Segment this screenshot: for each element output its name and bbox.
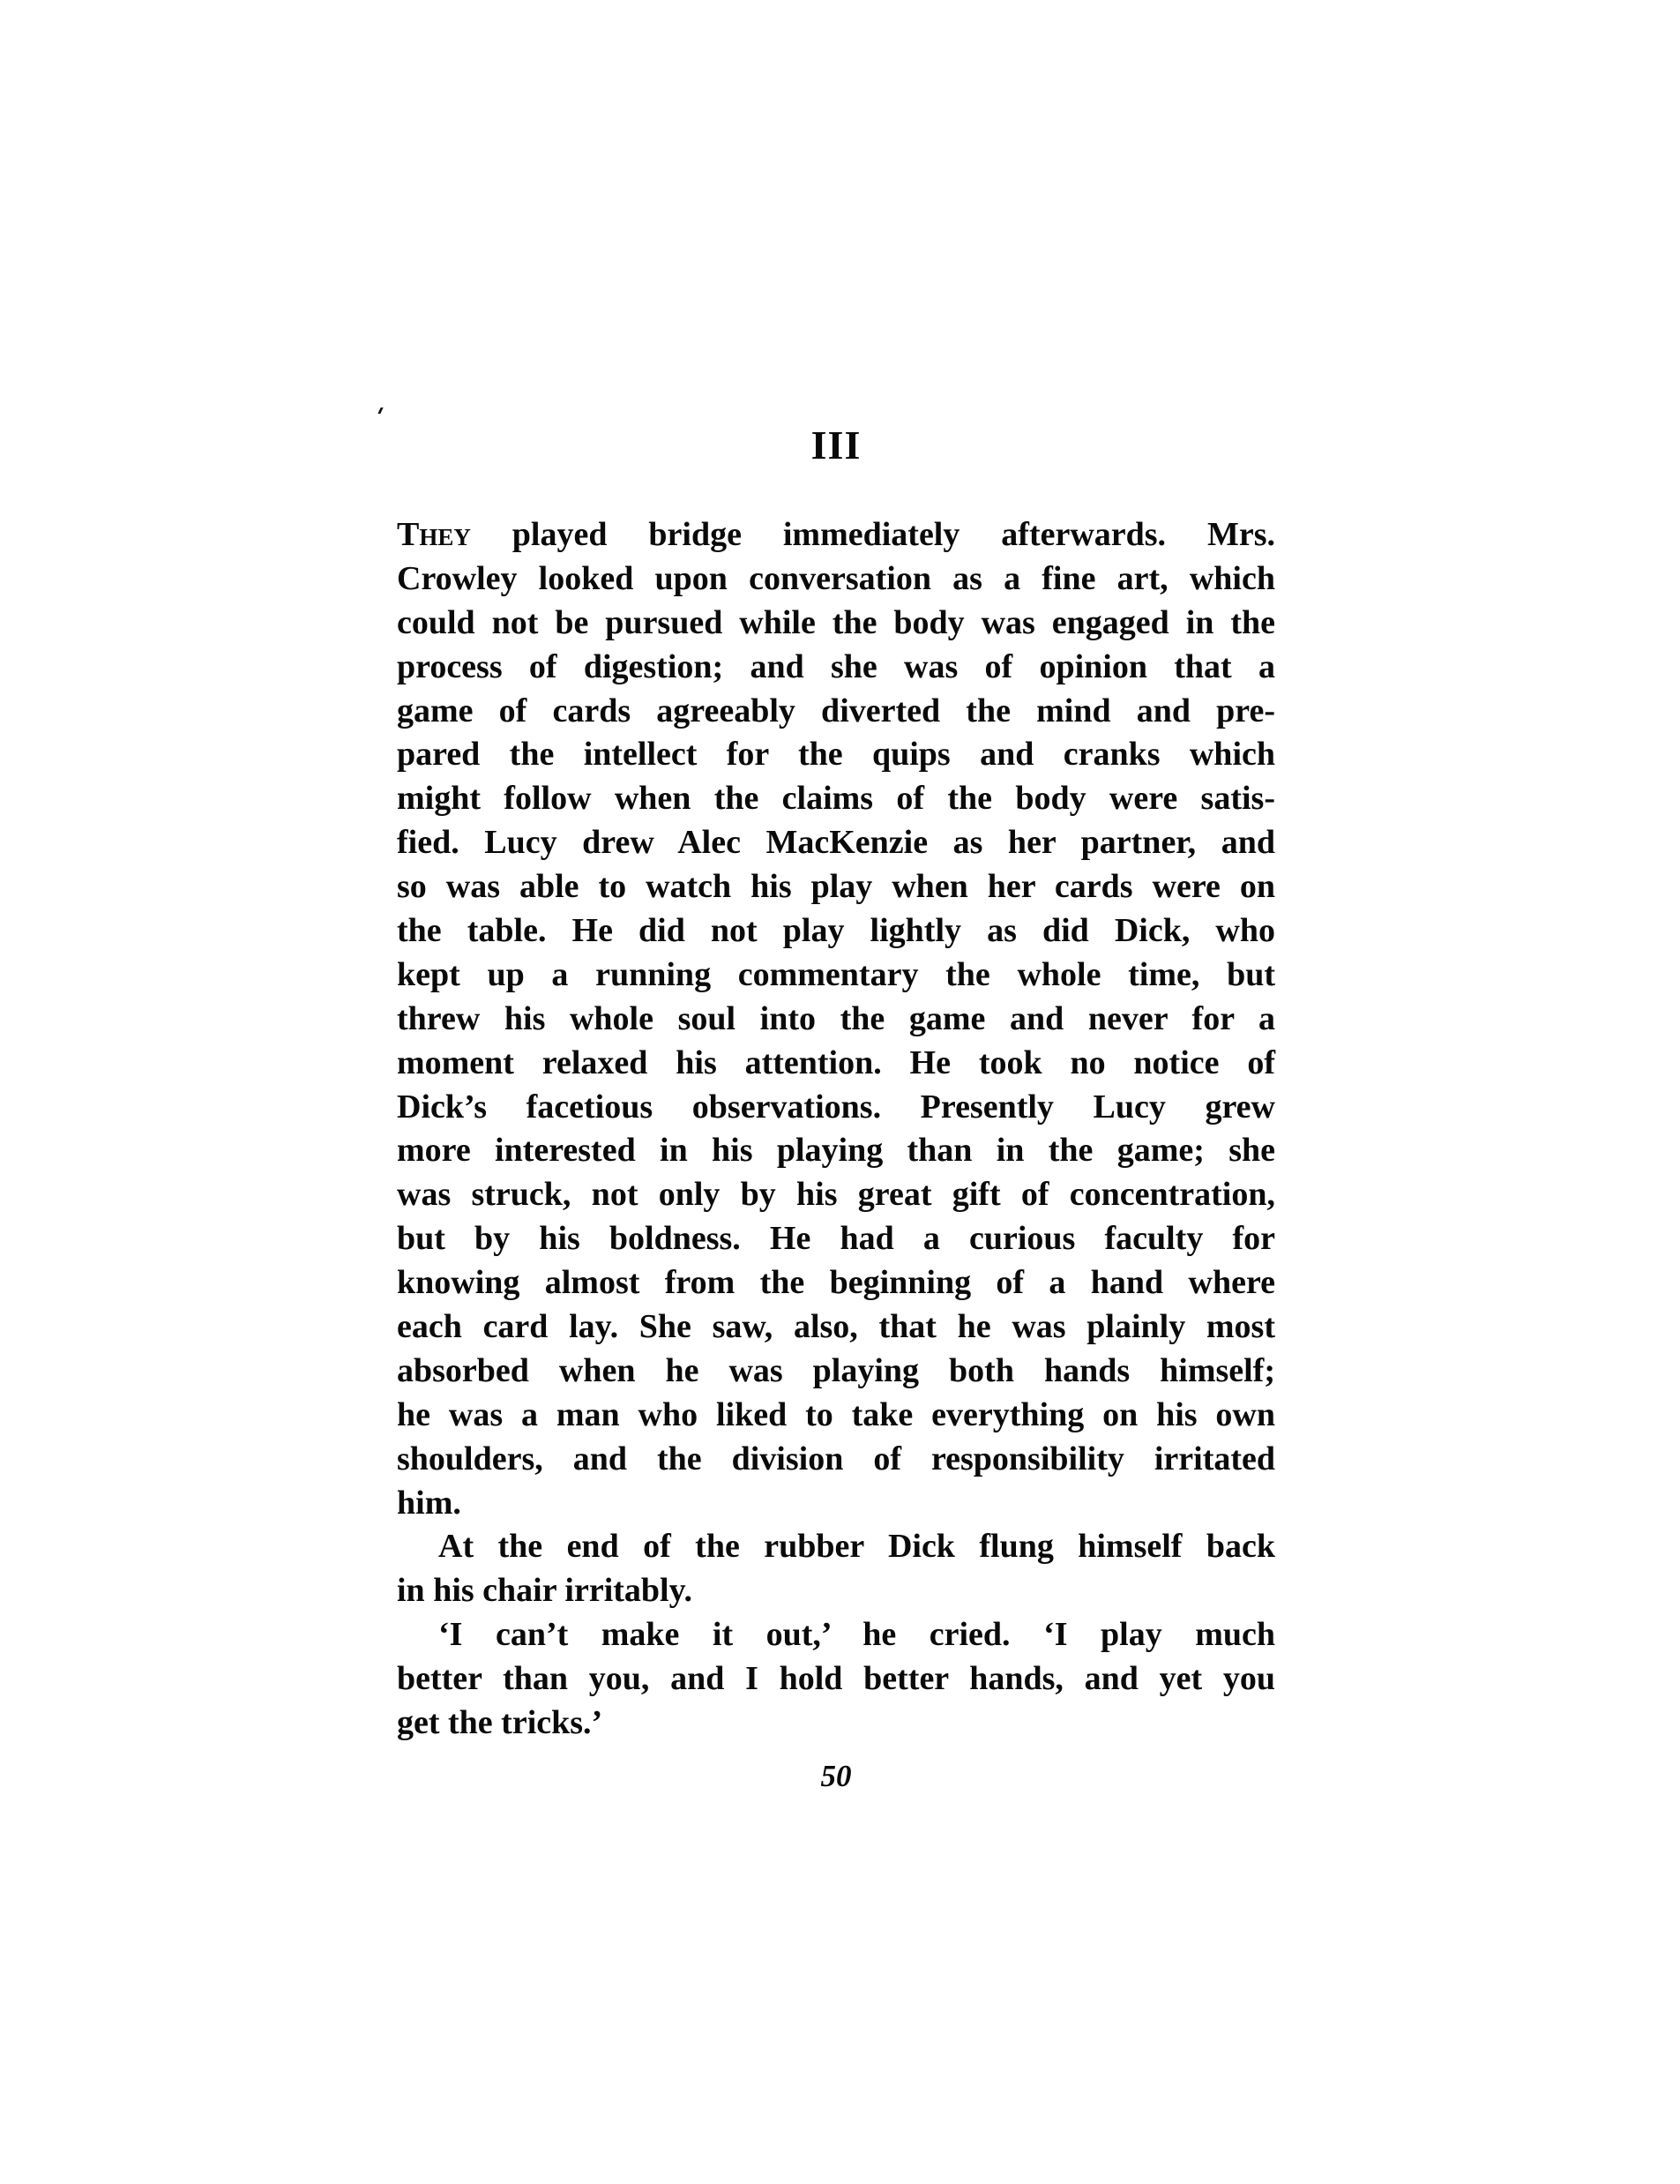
text-line: each card lay. She saw, also, that he wa… (397, 1305, 1275, 1350)
text-line: so was able to watch his play when her c… (397, 865, 1275, 909)
page-number: 50 (397, 1761, 1275, 1791)
text-line: get the tricks.’ (397, 1702, 1275, 1746)
text-line: he was a man who liked to take everythin… (397, 1394, 1275, 1438)
paragraph-2: At the end of the rubber Dick flung hims… (397, 1525, 1275, 1613)
text-line: pared the intellect for the quips and cr… (397, 733, 1275, 777)
text-line: better than you, and I hold better hands… (397, 1657, 1275, 1702)
text-line: might follow when the claims of the body… (397, 777, 1275, 821)
paragraph-1: They played bridge immediately afterward… (397, 513, 1275, 1525)
text-line: Dick’s facetious observations. Presently… (397, 1086, 1275, 1130)
chapter-heading: III (397, 425, 1275, 466)
text-line: game of cards agreeably diverted the min… (397, 690, 1275, 734)
text-line: could not be pursued while the body was … (397, 602, 1275, 646)
text-line: Crowley looked upon conversation as a fi… (397, 557, 1275, 602)
book-page: III They played bridge immediately after… (0, 0, 1680, 2184)
text-line: ‘I can’t make it out,’ he cried. ‘I play… (397, 1613, 1275, 1657)
text-line: At the end of the rubber Dick flung hims… (397, 1525, 1275, 1569)
text-line: process of digestion; and she was of opi… (397, 646, 1275, 690)
text-line: moment relaxed his attention. He took no… (397, 1042, 1275, 1086)
stray-ink-mark (377, 408, 383, 414)
text-line: threw his whole soul into the game and n… (397, 998, 1275, 1042)
text-line: shoulders, and the division of responsib… (397, 1438, 1275, 1482)
text-line: more interested in his playing than in t… (397, 1129, 1275, 1173)
line-text: played bridge immediately afterwards. Mr… (471, 516, 1275, 553)
text-line: in his chair irritably. (397, 1569, 1275, 1613)
text-line: knowing almost from the beginning of a h… (397, 1261, 1275, 1305)
opening-word: They (397, 516, 471, 553)
text-line: absorbed when he was playing both hands … (397, 1350, 1275, 1394)
text-line: but by his boldness. He had a curious fa… (397, 1217, 1275, 1261)
text-line: kept up a running commentary the whole t… (397, 954, 1275, 998)
body-text: They played bridge immediately afterward… (397, 513, 1275, 1746)
text-line: They played bridge immediately afterward… (397, 513, 1275, 557)
text-line: him. (397, 1482, 1275, 1526)
text-line: was struck, not only by his great gift o… (397, 1173, 1275, 1217)
text-line: the table. He did not play lightly as di… (397, 909, 1275, 954)
paragraph-3: ‘I can’t make it out,’ he cried. ‘I play… (397, 1613, 1275, 1746)
text-line: fied. Lucy drew Alec MacKenzie as her pa… (397, 821, 1275, 865)
